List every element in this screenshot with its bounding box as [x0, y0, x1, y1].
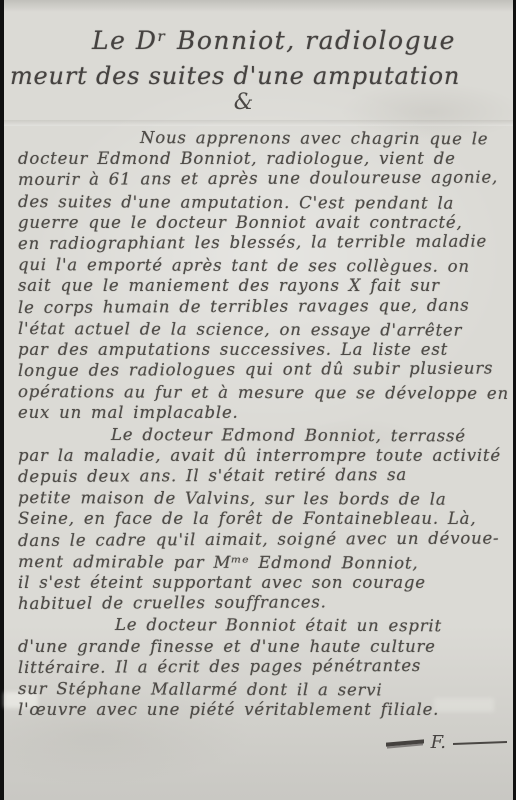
handwritten-line: Le docteur Edmond Bonniot, terrassé: [111, 424, 507, 447]
handwritten-line: eux un mal implacable.: [18, 402, 507, 423]
handwritten-line: littéraire. Il a écrit des pages pénétra…: [18, 654, 507, 678]
handwritten-line: qui l'a emporté après tant de ses collèg…: [18, 254, 507, 277]
signature-initial: F.: [431, 736, 446, 750]
signature-dash-left: [386, 739, 424, 746]
title-line-2: meurt des suites d'une amputation: [10, 62, 513, 90]
handwritten-line: en radiographiant les blessés, la terrib…: [18, 230, 507, 254]
handwritten-line: sur Stéphane Mallarmé dont il a servi: [18, 678, 507, 701]
handwritten-line: des suites d'une amputation. C'est penda…: [18, 191, 507, 214]
handwritten-line: Le docteur Bonniot était un esprit: [115, 614, 507, 637]
signature-mark: F.: [386, 736, 507, 750]
handwritten-line: guerre que le docteur Bonniot avait cont…: [18, 212, 507, 233]
handwritten-line: sait que le maniement des rayons X fait …: [18, 275, 507, 296]
handwritten-line: le corps humain de terribles ravages que…: [18, 294, 507, 318]
manuscript-body: Nous apprenons avec chagrin que ledocteu…: [18, 127, 507, 720]
handwritten-line: habituel de cruelles souffrances.: [18, 591, 507, 615]
paper-crease: [4, 120, 513, 126]
flourish-divider: &: [4, 90, 483, 115]
signature-dash-right: [453, 741, 507, 745]
handwritten-line: l'œuvre avec une piété véritablement fil…: [18, 699, 507, 720]
handwritten-line: petite maison de Valvins, sur les bords …: [18, 487, 507, 510]
paragraph-1: Nous apprenons avec chagrin que ledocteu…: [18, 127, 507, 424]
handwritten-line: Nous apprenons avec chagrin que le: [140, 127, 507, 150]
paragraph-2: Le docteur Edmond Bonniot, terrassépar l…: [18, 424, 507, 615]
paragraph-3: Le docteur Bonniot était un espritd'une …: [18, 614, 507, 720]
handwritten-line: Seine, en face de la forêt de Fontainebl…: [18, 508, 507, 529]
handwritten-line: l'état actuel de la science, on essaye d…: [18, 318, 507, 341]
handwritten-line: dans le cadre qu'il aimait, soigné avec …: [18, 527, 507, 551]
title-line-1: Le Dʳ Bonniot, radiologue: [92, 26, 513, 55]
manuscript-page: Le Dʳ Bonniot, radiologue meurt des suit…: [4, 0, 513, 800]
handwritten-line: d'une grande finesse et d'une haute cult…: [18, 636, 507, 657]
handwritten-line: opérations au fur et à mesure que se dév…: [18, 381, 507, 404]
handwritten-line: par la maladie, avait dû interrompre tou…: [18, 445, 507, 466]
handwritten-line: ment admirable par Mᵐᵉ Edmond Bonniot,: [18, 551, 507, 574]
handwritten-line: depuis deux ans. Il s'était retiré dans …: [18, 463, 507, 487]
handwritten-line: longue des radiologues qui ont dû subir …: [18, 358, 507, 382]
document-title: Le Dʳ Bonniot, radiologue meurt des suit…: [4, 26, 513, 90]
photograph-of-manuscript: Le Dʳ Bonniot, radiologue meurt des suit…: [0, 0, 516, 800]
handwritten-line: mourir à 61 ans et après une douloureuse…: [18, 167, 507, 191]
